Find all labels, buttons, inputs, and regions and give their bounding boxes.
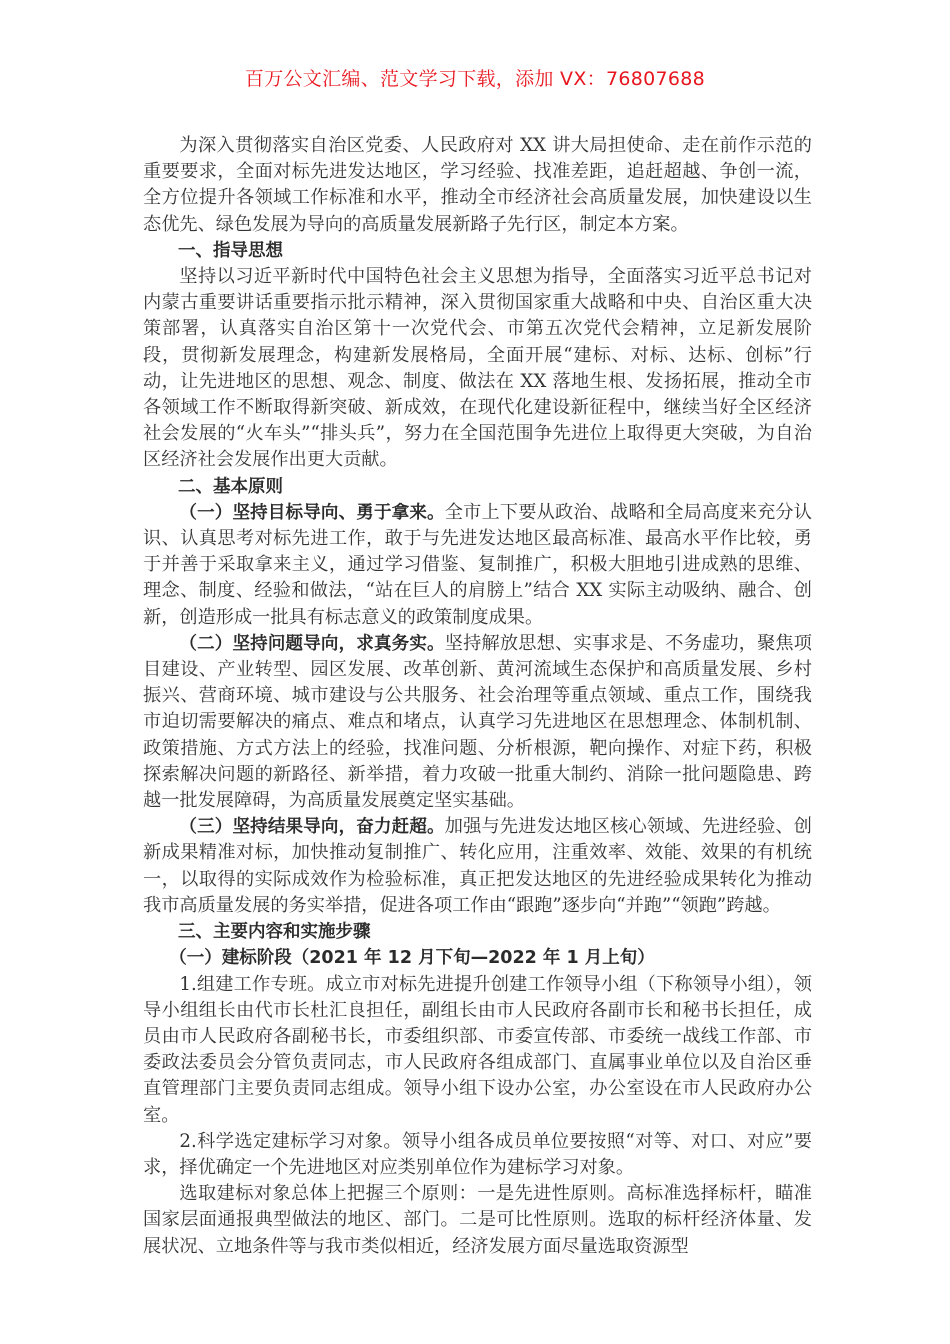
section-heading-basic-principles: 二、基本原则 [143, 474, 812, 500]
watermark-banner: 百万公文汇编、范文学习下载，添加 VX：76807688 [0, 66, 950, 92]
document-body: 为深入贯彻落实自治区党委、人民政府对 XX 讲大局担使命、走在前作示范的重要要求… [143, 133, 812, 1260]
principle-text-2: 坚持解放思想、实事求是、不务虚功，聚焦项目建设、产业转型、园区发展、改革创新、黄… [143, 633, 812, 811]
principle-lead-3: （三）坚持结果导向，奋力赶超。 [179, 817, 444, 837]
principle-lead-1: （一）坚持目标导向、勇于拿来。 [179, 503, 444, 523]
section-heading-guiding-thought: 一、指导思想 [143, 238, 812, 264]
principle-lead-2: （二）坚持问题导向，求真务实。 [179, 634, 444, 654]
step-paragraph-2: 2.科学选定建标学习对象。领导小组各成员单位要按照“对等、对口、对应”要求，择优… [143, 1129, 812, 1181]
principle-paragraph-2: （二）坚持问题导向，求真务实。坚持解放思想、实事求是、不务虚功，聚焦项目建设、产… [143, 631, 812, 814]
principle-paragraph-3: （三）坚持结果导向，奋力赶超。加强与先进发达地区核心领域、先进经验、创新成果精准… [143, 814, 812, 919]
section-heading-main-content: 三、主要内容和实施步骤 [143, 919, 812, 945]
guiding-thought-paragraph: 坚持以习近平新时代中国特色社会主义思想为指导，全面落实习近平总书记对内蒙古重要讲… [143, 264, 812, 474]
subheading-benchmark-phase: （一）建标阶段（2021 年 12 月下旬—2022 年 1 月上旬） [143, 945, 812, 971]
intro-paragraph: 为深入贯彻落实自治区党委、人民政府对 XX 讲大局担使命、走在前作示范的重要要求… [143, 133, 812, 238]
principle-paragraph-1: （一）坚持目标导向、勇于拿来。全市上下要从政治、战略和全局高度来充分认识、认真思… [143, 500, 812, 631]
step-paragraph-3: 选取建标对象总体上把握三个原则：一是先进性原则。高标准选择标杆，瞄准国家层面通报… [143, 1181, 812, 1260]
step-paragraph-1: 1.组建工作专班。成立市对标先进提升创建工作领导小组（下称领导小组），领导小组组… [143, 972, 812, 1129]
document-page: 百万公文汇编、范文学习下载，添加 VX：76807688 为深入贯彻落实自治区党… [0, 0, 950, 1344]
